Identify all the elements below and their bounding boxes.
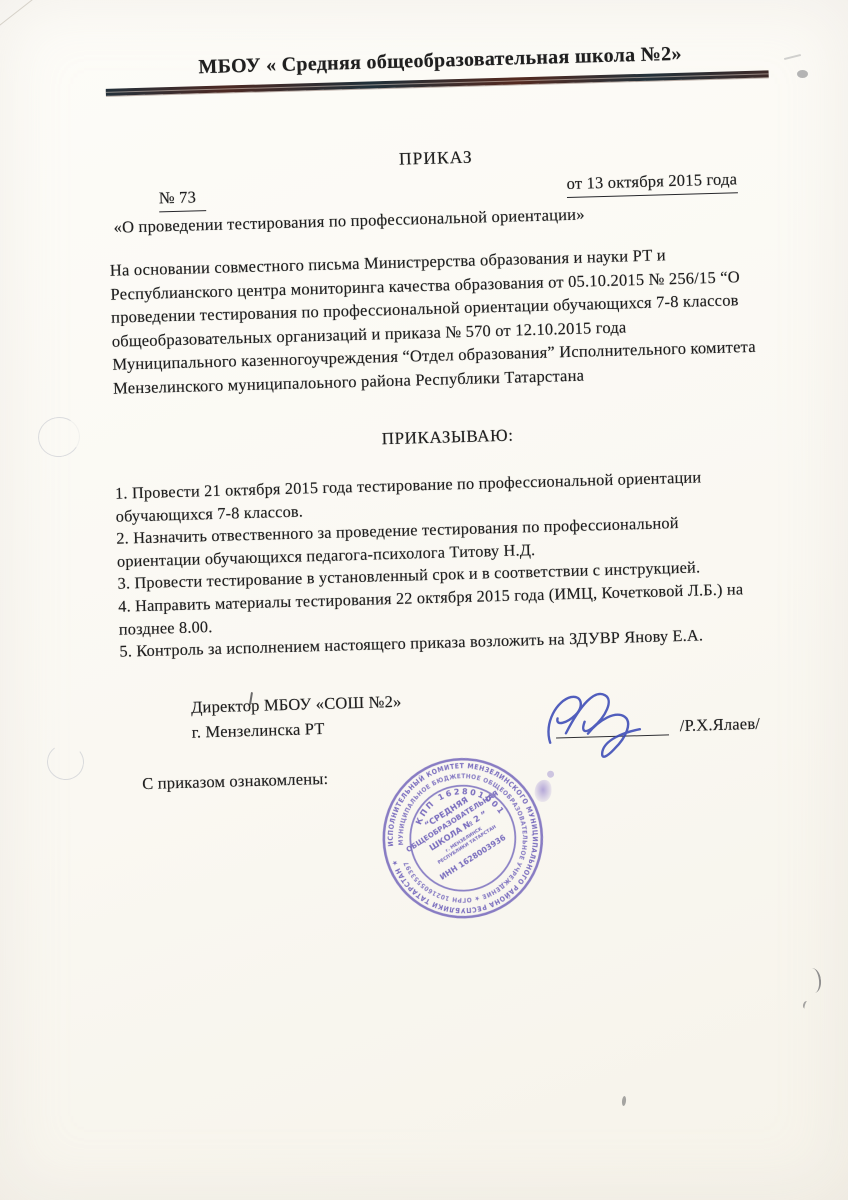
order-items: 1. Провести 21 октября 2015 года тестиро… — [115, 465, 745, 663]
order-number: № 73 — [159, 187, 207, 212]
ink-smudge — [534, 780, 552, 802]
handwritten-signature-icon — [535, 681, 677, 770]
resolution-heading: ПРИКАЗЫВАЮ: — [51, 416, 845, 458]
ink-smudge-small — [547, 771, 554, 778]
scanned-document-page: МБОУ « Средняя общеобразовательная школа… — [0, 0, 848, 1200]
signatory-name: /Р.Х.Ялаев/ — [680, 714, 761, 736]
document-content: МБОУ « Средняя общеобразовательная школа… — [0, 0, 848, 1200]
director-city-line: г. Мензелинска РТ — [191, 714, 402, 744]
order-date: от 13 октября 2015 года — [566, 169, 737, 198]
official-round-stamp: ИСПОЛНИТЕЛЬНЫЙ КОМИТЕТ МЕНЗЕЛИНСКОГО МУН… — [363, 738, 562, 937]
scan-artifact-smudge — [797, 70, 808, 78]
signature-block: Директор МБОУ «СОШ №2» г. Мензелинска РТ — [191, 690, 403, 745]
order-preamble: На основании совместного письма Министре… — [110, 241, 757, 400]
acknowledgement-label: С приказом ознакомлены: — [142, 769, 329, 794]
